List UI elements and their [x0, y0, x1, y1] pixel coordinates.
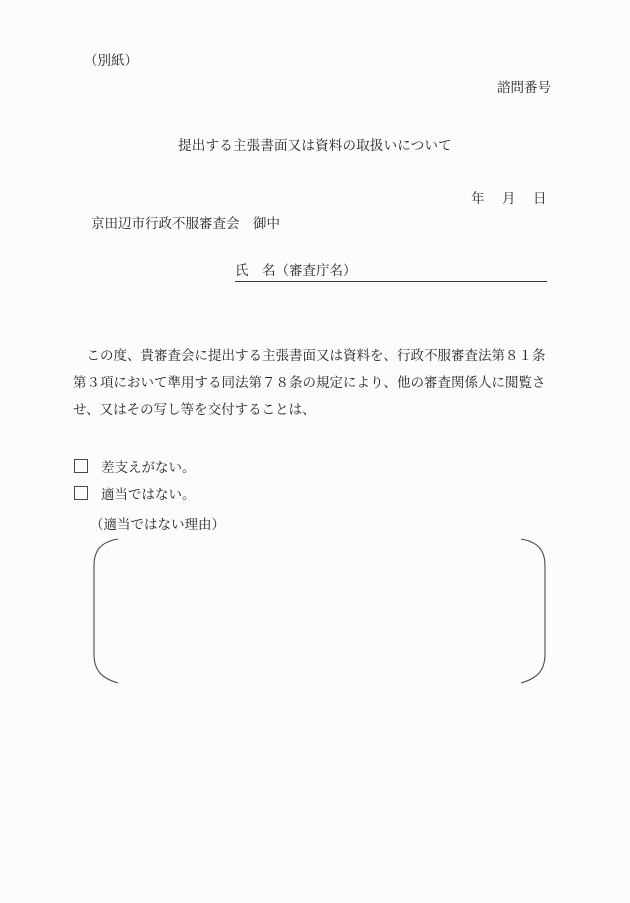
reason-bracket-left [94, 539, 118, 683]
body-paragraph: この度、貴審査会に提出する主張書面又は資料を、行政不服審査法第８１条 第３項にお… [73, 342, 559, 423]
not-appropriate-checkbox[interactable] [74, 486, 88, 500]
body-line-2: 第３項において準用する同法第７８条の規定により、他の審査関係人に閲覧さ [73, 369, 559, 396]
no-objection-label: 差支えがない。 [101, 456, 196, 476]
reason-heading: （適当ではない理由） [90, 513, 225, 533]
body-line-3: せ、又はその写し等を交付することは、 [73, 396, 559, 423]
not-appropriate-label: 適当ではない。 [101, 483, 196, 503]
option-no-objection[interactable]: 差支えがない。 [74, 452, 196, 479]
document-page: （別紙） 諮問番号 提出する主張書面又は資料の取扱いについて 年 月 日 京田辺… [0, 0, 630, 903]
name-signature-field[interactable]: 氏 名（審査庁名） [235, 263, 547, 282]
addressee-line: 京田辺市行政不服審査会 御中 [91, 212, 280, 232]
page-title: 提出する主張書面又は資料の取扱いについて [0, 134, 630, 154]
no-objection-checkbox[interactable] [74, 459, 88, 473]
name-field-label: 氏 名（審査庁名） [235, 263, 357, 278]
attachment-note: （別紙） [84, 49, 138, 69]
body-line-1: この度、貴審査会に提出する主張書面又は資料を、行政不服審査法第８１条 [73, 342, 559, 369]
reason-entry-area[interactable] [88, 533, 553, 689]
consultation-number-label: 諮問番号 [497, 76, 551, 96]
reason-bracket-right [521, 539, 545, 683]
reason-brackets [88, 533, 553, 689]
date-fill-in-line: 年 月 日 [471, 187, 549, 207]
option-not-appropriate[interactable]: 適当ではない。 [74, 479, 196, 506]
